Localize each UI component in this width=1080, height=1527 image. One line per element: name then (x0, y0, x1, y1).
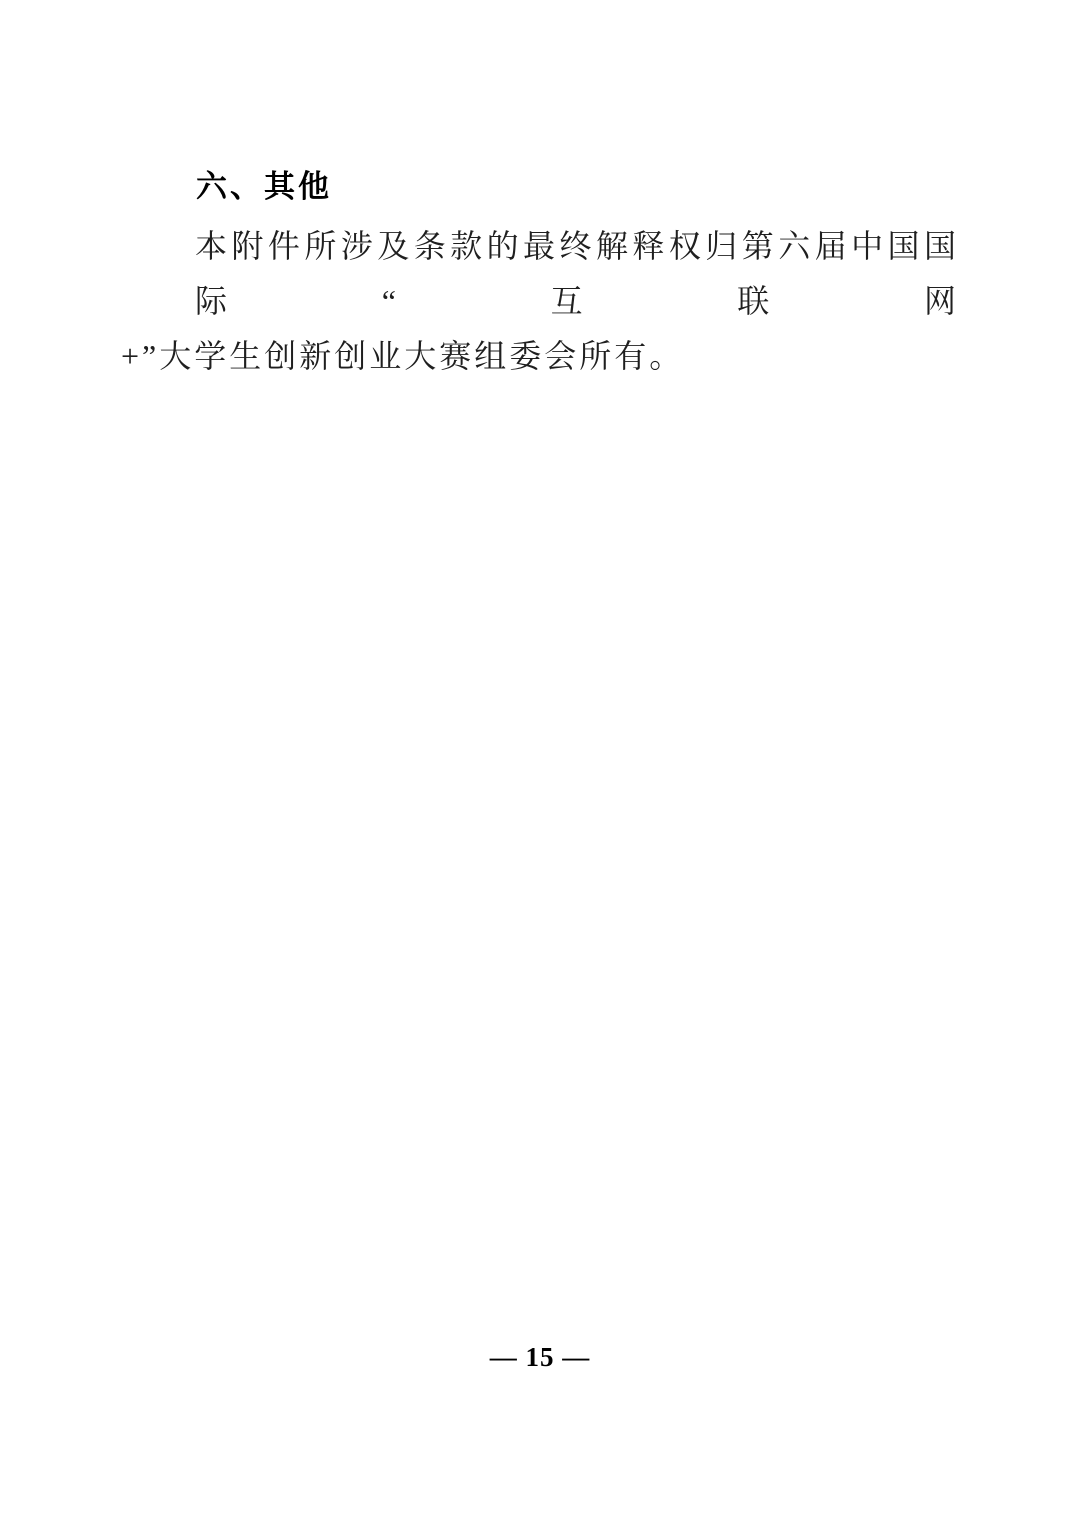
paragraph-line-1: 本附件所涉及条款的最终解释权归第六届中国国际“互联网 (121, 219, 959, 329)
page-number: — 15 — (0, 1341, 1080, 1373)
document-page: 六、其他 本附件所涉及条款的最终解释权归第六届中国国际“互联网 +”大学生创新创… (0, 0, 1080, 1527)
section-heading: 六、其他 (121, 164, 959, 210)
paragraph-line-2: +”大学生创新创业大赛组委会所有。 (121, 329, 959, 384)
